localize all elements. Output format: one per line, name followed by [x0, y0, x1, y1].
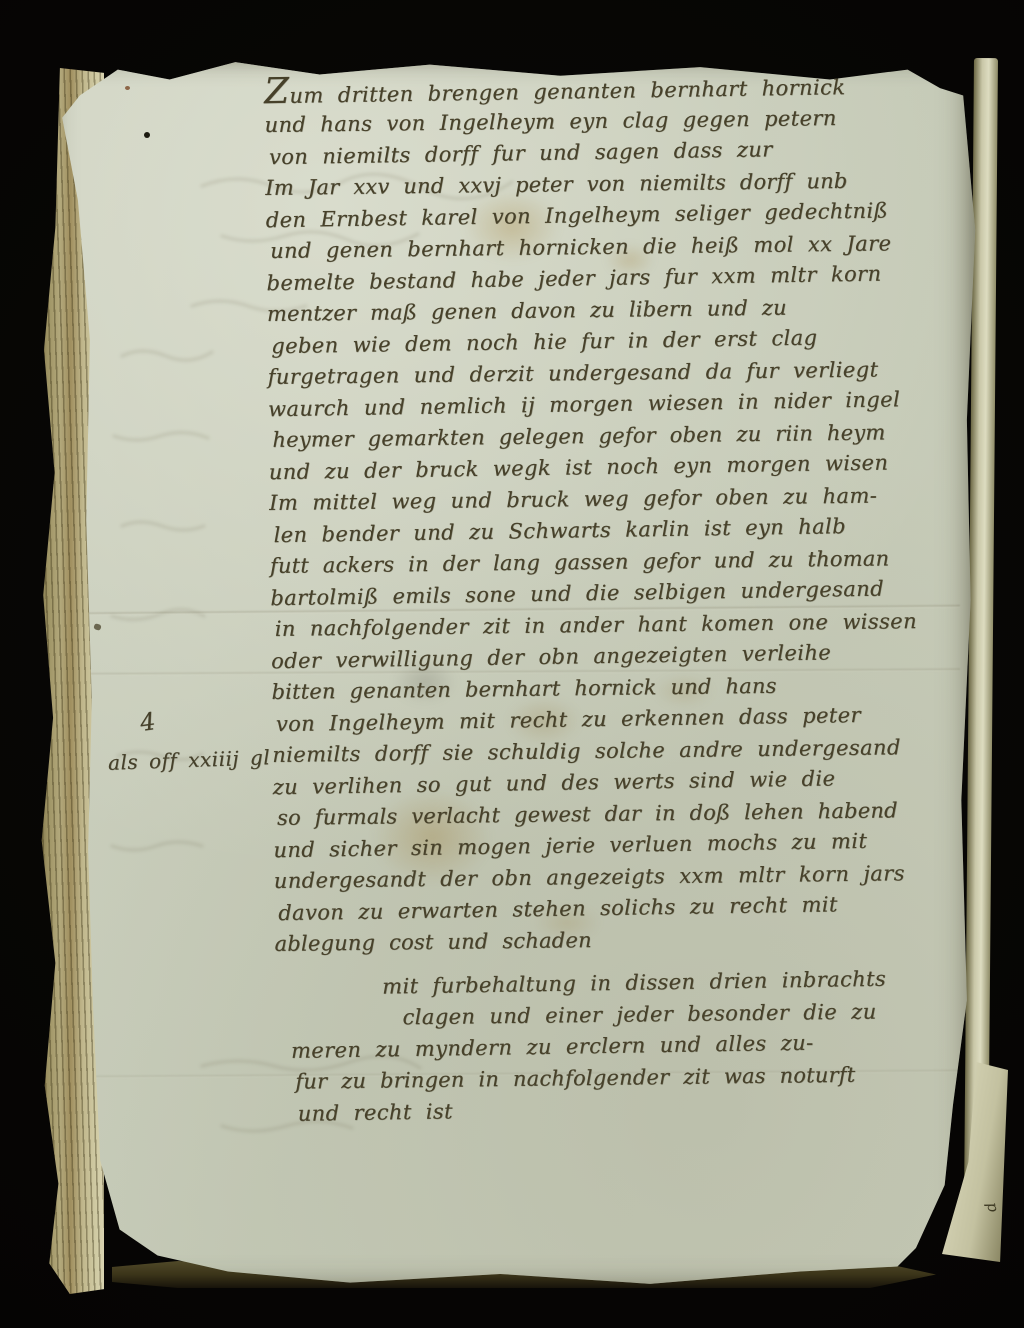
manuscript-photo: p [0, 0, 1024, 1328]
manuscript-text-block: Zum dritten brengen genanten bernhart ho… [264, 69, 995, 960]
margin-symbol: 4 [138, 707, 157, 737]
ink-fleck [125, 86, 130, 90]
margin-note: als off xxiiij gl [108, 745, 271, 775]
manuscript-page: Zum dritten brengen genanten bernhart ho… [52, 56, 978, 1290]
manuscript-closing-block: mit furbehaltung in dissen drien inbrach… [264, 963, 986, 1129]
margin-ink-speck [93, 623, 102, 631]
ink-dot [144, 132, 150, 138]
